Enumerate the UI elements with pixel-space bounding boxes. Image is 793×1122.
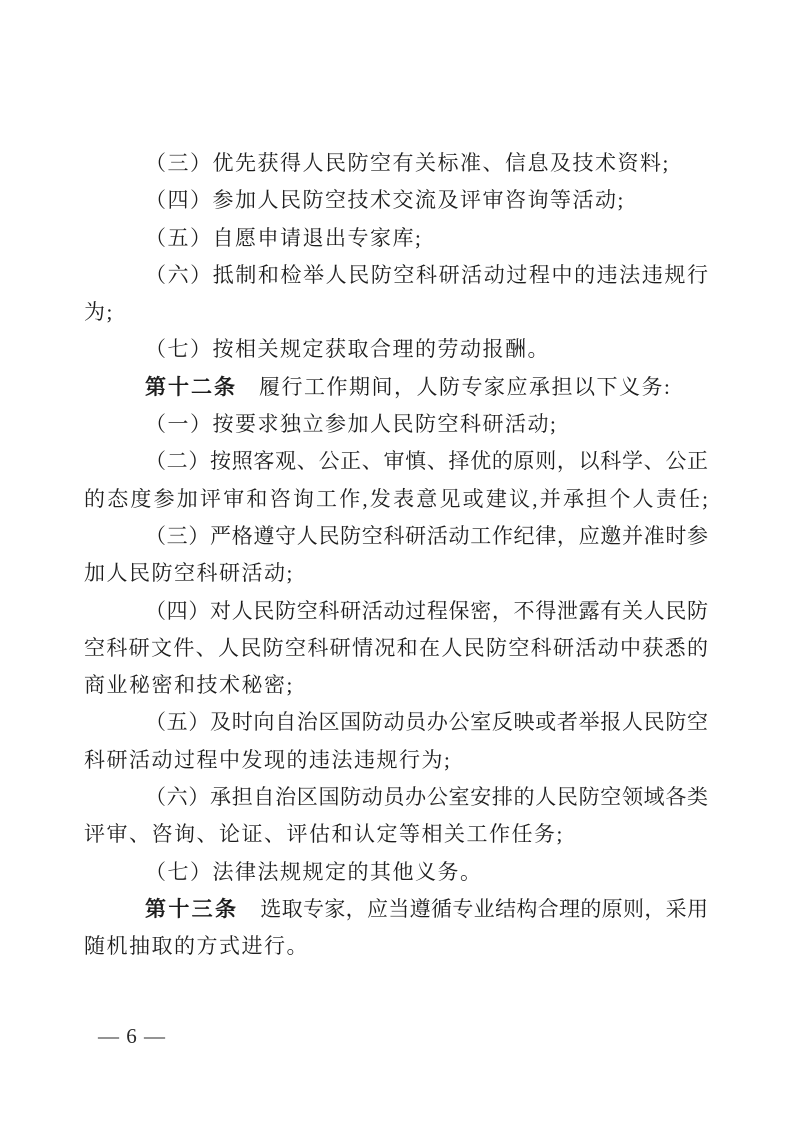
document-line: 加人民防空科研活动;	[84, 555, 708, 592]
document-line: （四）对人民防空科研活动过程保密，不得泄露有关人民防	[84, 593, 708, 630]
document-line: （六）承担自治区国防动员办公室安排的人民防空领域各类	[84, 779, 708, 816]
document-line: （六）抵制和检举人民防空科研活动过程中的违法违规行	[84, 257, 708, 294]
article-13-heading-text: 选取专家，应当遵循专业结构合理的原则，采用	[260, 897, 708, 921]
document-line: （五）及时向自治区国防动员办公室反映或者举报人民防空	[84, 704, 708, 741]
document-line: 评审、咨询、论证、评估和认定等相关工作任务;	[84, 816, 708, 853]
article-12-heading-line: 第十二条履行工作期间，人防专家应承担以下义务:	[84, 369, 708, 406]
document-line: 的态度参加评审和咨询工作,发表意见或建议,并承担个人责任;	[84, 481, 708, 518]
document-line: （七）按相关规定获取合理的劳动报酬。	[84, 331, 708, 368]
document-line: （一）按要求独立参加人民防空科研活动;	[84, 406, 708, 443]
document-line: （七）法律法规规定的其他义务。	[84, 854, 708, 891]
document-line: 空科研文件、人民防空科研情况和在人民防空科研活动中获悉的	[84, 630, 708, 667]
document-line: 为;	[84, 294, 708, 331]
page-number: — 6 —	[98, 1024, 166, 1048]
document-line: （五）自愿申请退出专家库;	[84, 220, 708, 257]
document-line: 科研活动过程中发现的违法违规行为;	[84, 742, 708, 779]
document-line: （三）优先获得人民防空有关标准、信息及技术资料;	[84, 145, 708, 182]
document-line: （四）参加人民防空技术交流及评审咨询等活动;	[84, 182, 708, 219]
document-line: 随机抽取的方式进行。	[84, 928, 708, 965]
article-13-number: 第十三条	[145, 897, 238, 921]
article-12-number: 第十二条	[145, 375, 237, 399]
article-13-heading-line: 第十三条选取专家，应当遵循专业结构合理的原则，采用	[84, 891, 708, 928]
document-line: （三）严格遵守人民防空科研活动工作纪律，应邀并准时参	[84, 518, 708, 555]
document-line: 商业秘密和技术秘密;	[84, 667, 708, 704]
article-12-heading-text: 履行工作期间，人防专家应承担以下义务:	[259, 375, 671, 399]
document-line: （二）按照客观、公正、审慎、择优的原则，以科学、公正	[84, 443, 708, 480]
document-page-body: （三）优先获得人民防空有关标准、信息及技术资料; （四）参加人民防空技术交流及评…	[84, 145, 708, 966]
